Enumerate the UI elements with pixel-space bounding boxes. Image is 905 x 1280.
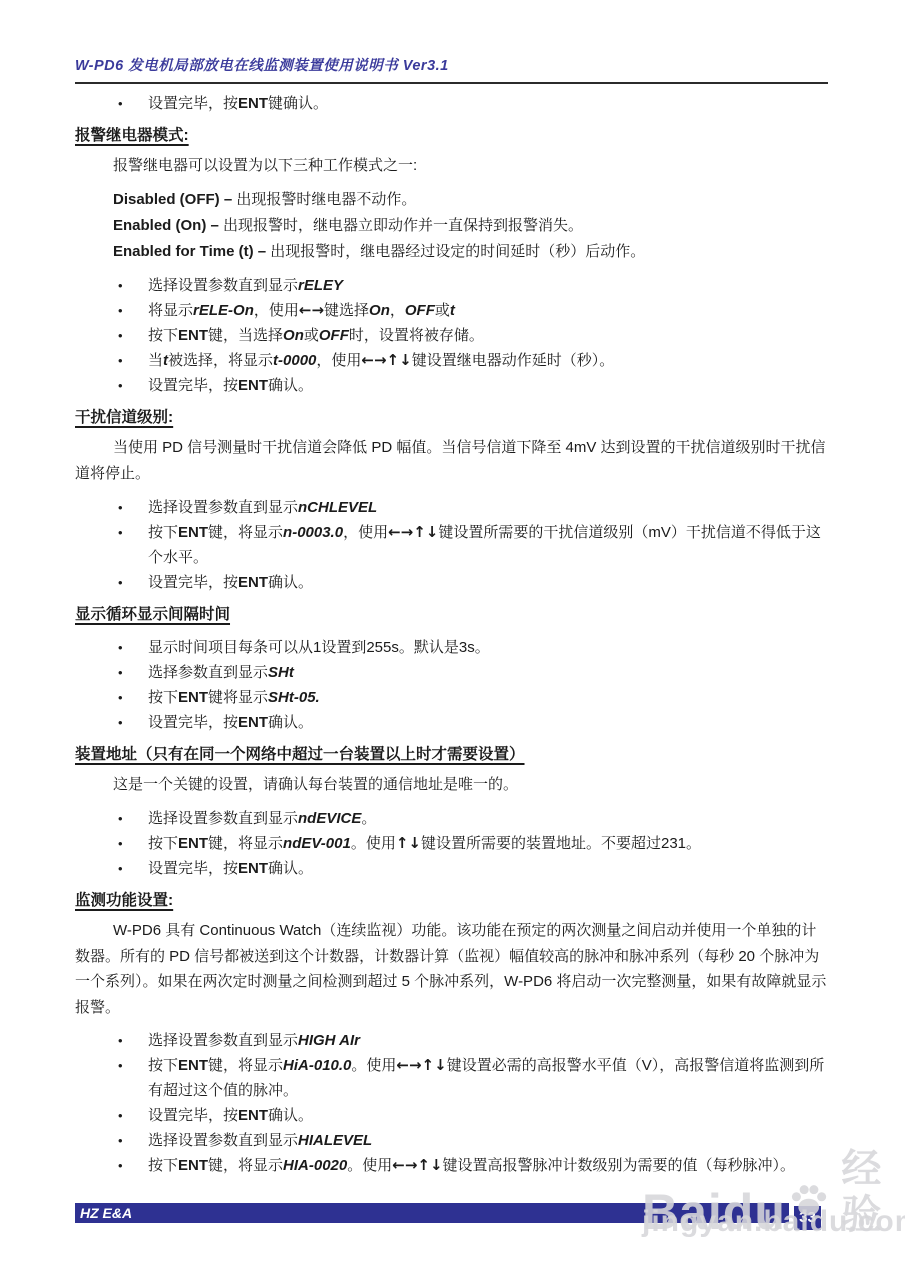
list-item-text: 选择设置参数直到显示HIGH AIr (148, 1028, 828, 1053)
list-item-text: 设置完毕，按ENT确认。 (148, 570, 828, 595)
text-segment: 选择设置参数直到显示 (148, 810, 298, 827)
bullet-marker: • (118, 660, 148, 685)
text-segment: HIA-0020 (283, 1157, 347, 1174)
list-item-text: 设置完毕，按ENT键确认。 (148, 91, 828, 116)
text-segment: 被选择，将显示 (168, 352, 273, 369)
text-segment: 或 (304, 327, 319, 344)
text-segment: ，使用 (316, 352, 361, 369)
text-segment: 。使用 (351, 1057, 396, 1074)
text-segment: 按下 (148, 835, 178, 852)
bullet-list: •显示时间项目每条可以从1设置到255s。默认是3s。 •选择参数直到显示SHt… (75, 635, 828, 735)
text-segment: 确认。 (268, 377, 313, 394)
text-segment: ，使用 (343, 524, 388, 541)
text-segment: ↑↓ (396, 834, 421, 852)
text-segment: 键设置继电器动作延时（秒）。 (412, 352, 615, 369)
text-segment: HIGH AIr (298, 1032, 360, 1049)
text-segment: rELEY (298, 277, 343, 294)
list-item-text: 设置完毕，按ENT确认。 (148, 710, 828, 735)
text-segment: 按下 (148, 524, 178, 541)
list-item: •设置完毕，按ENT确认。 (75, 1103, 828, 1128)
bullet-marker: • (118, 710, 148, 735)
list-item: •按下ENT键，将显示ndEV-001。使用↑↓键设置所需要的装置地址。不要超过… (75, 831, 828, 856)
bullet-marker: • (118, 856, 148, 881)
list-item-text: 显示时间项目每条可以从1设置到255s。默认是3s。 (148, 635, 828, 660)
text-segment: ←→↑↓ (396, 1056, 446, 1074)
text-segment: 按下 (148, 1157, 178, 1174)
mode-line: Enabled (On) – 出现报警时，继电器立即动作并一直保持到报警消失。 (113, 213, 828, 239)
list-item: •将显示rELE-On，使用←→键选择On，OFF或t (75, 298, 828, 323)
text-segment: 设置完毕，按 (148, 714, 238, 731)
list-item: •当t被选择，将显示t-0000，使用←→↑↓键设置继电器动作延时（秒）。 (75, 348, 828, 373)
bullet-marker: • (118, 570, 148, 595)
bullet-marker: • (118, 373, 148, 398)
text-segment: OFF (319, 327, 349, 344)
text-segment: 显示时间项目每条可以从1设置到255s。默认是3s。 (148, 639, 490, 656)
list-item: •选择参数直到显示SHt (75, 660, 828, 685)
bullet-marker: • (118, 298, 148, 323)
list-item-text: 按下ENT键将显示SHt-05. (148, 685, 828, 710)
list-item: •选择设置参数直到显示rELEY (75, 273, 828, 298)
section-device-address: 装置地址（只有在同一个网络中超过一台装置以上时才需要设置） 这是一个关键的设置，… (75, 743, 828, 881)
text-segment: Enabled (On) – (113, 217, 223, 234)
list-item: •选择设置参数直到显示ndEVICE。 (75, 806, 828, 831)
bullet-list: •选择设置参数直到显示ndEVICE。 •按下ENT键，将显示ndEV-001。… (75, 806, 828, 881)
text-segment: 键将显示 (208, 689, 268, 706)
text-segment: t (450, 302, 455, 319)
list-item: •按下ENT键将显示SHt-05. (75, 685, 828, 710)
text-segment: ENT (238, 574, 268, 591)
bullet-marker: • (118, 323, 148, 348)
mode-list: Disabled (OFF) – 出现报警时继电器不动作。 Enabled (O… (75, 187, 828, 265)
list-item: •按下ENT键，将显示n-0003.0，使用←→↑↓键设置所需要的干扰信道级别（… (75, 520, 828, 570)
text-segment: ←→ (299, 301, 324, 319)
page-content: W-PD6 发电机局部放电在线监测装置使用说明书 Ver3.1 • 设置完毕，按… (75, 56, 828, 1178)
list-item-text: 设置完毕，按ENT确认。 (148, 373, 828, 398)
list-item: •设置完毕，按ENT确认。 (75, 373, 828, 398)
bullet-marker: • (118, 520, 148, 570)
list-item: • 设置完毕，按ENT键确认。 (75, 91, 828, 116)
text-segment: 选择参数直到显示 (148, 664, 268, 681)
text-segment: Disabled (OFF) – (113, 191, 236, 208)
text-segment: SHt-05. (268, 689, 320, 706)
header-divider (75, 82, 828, 84)
text-segment: 。 (361, 810, 376, 827)
text-segment: 确认。 (268, 714, 313, 731)
section-paragraph: 报警继电器可以设置为以下三种工作模式之一: (75, 153, 828, 179)
text-segment: 选择设置参数直到显示 (148, 277, 298, 294)
text-segment: 键，将显示 (208, 835, 283, 852)
section-heading: 干扰信道级别: (75, 406, 828, 430)
text-segment: ←→↑↓ (388, 523, 438, 541)
text-segment: 出现报警时，继电器经过设定的时间延时（秒）后动作。 (270, 243, 645, 260)
page-header-title: W-PD6 发电机局部放电在线监测装置使用说明书 Ver3.1 (75, 56, 828, 76)
text-segment: 确认。 (268, 574, 313, 591)
text-segment: 当 (148, 352, 163, 369)
text-segment: ←→↑↓ (361, 351, 411, 369)
watermark-url: jingyan.baidu.com (642, 1205, 905, 1239)
list-item-text: 选择设置参数直到显示rELEY (148, 273, 828, 298)
text-segment: 设置完毕，按 (148, 377, 238, 394)
text-segment: 设置完毕，按 (148, 1107, 238, 1124)
text-segment: 键选择 (324, 302, 369, 319)
text-segment: ENT (178, 327, 208, 344)
section-noise-channel: 干扰信道级别: 当使用 PD 信号测量时干扰信道会降低 PD 幅值。当信号信道下… (75, 406, 828, 595)
text-segment: 按下 (148, 1057, 178, 1074)
mode-line: Enabled for Time (t) – 出现报警时，继电器经过设定的时间延… (113, 239, 828, 265)
mode-line: Disabled (OFF) – 出现报警时继电器不动作。 (113, 187, 828, 213)
text-segment: 设置完毕，按 (148, 860, 238, 877)
text-segment: ENT (178, 524, 208, 541)
text-segment: 将显示 (148, 302, 193, 319)
text-segment: On (369, 302, 390, 319)
section-paragraph: W-PD6 具有 Continuous Watch（连续监视）功能。该功能在预定… (75, 918, 828, 1020)
text-segment: 出现报警时继电器不动作。 (236, 191, 416, 208)
section-heading: 报警继电器模式: (75, 124, 828, 148)
list-item: •按下ENT键，当选择On或OFF时，设置将被存储。 (75, 323, 828, 348)
section-paragraph: 这是一个关键的设置，请确认每台装置的通信地址是唯一的。 (75, 772, 828, 798)
text-segment: ，使用 (254, 302, 299, 319)
bullet-marker: • (118, 685, 148, 710)
text-segment: 确认。 (268, 860, 313, 877)
text-segment: HIALEVEL (298, 1132, 372, 1149)
list-item: •按下ENT键，将显示HiA-010.0。使用←→↑↓键设置必需的高报警水平值（… (75, 1053, 828, 1103)
text-segment: ENT (178, 1157, 208, 1174)
list-item-text: 选择设置参数直到显示ndEVICE。 (148, 806, 828, 831)
text-segment: 确认。 (268, 1107, 313, 1124)
text-segment: HiA-010.0 (283, 1057, 351, 1074)
manual-page: W-PD6 发电机局部放电在线监测装置使用说明书 Ver3.1 • 设置完毕，按… (0, 0, 905, 1280)
list-item-text: 当t被选择，将显示t-0000，使用←→↑↓键设置继电器动作延时（秒）。 (148, 348, 828, 373)
bullet-marker: • (118, 1153, 148, 1178)
list-item: •设置完毕，按ENT确认。 (75, 570, 828, 595)
text-segment: 。使用 (351, 835, 396, 852)
text-segment: ENT (238, 714, 268, 731)
text-segment: 键确认。 (268, 95, 328, 112)
bullet-marker: • (118, 348, 148, 373)
text-segment: ENT (238, 1107, 268, 1124)
text-segment: 键，当选择 (208, 327, 283, 344)
list-item: •选择设置参数直到显示HIGH AIr (75, 1028, 828, 1053)
text-segment: 按下 (148, 327, 178, 344)
text-segment: nCHLEVEL (298, 499, 377, 516)
section-heading: 装置地址（只有在同一个网络中超过一台装置以上时才需要设置） (75, 743, 828, 767)
list-item-text: 设置完毕，按ENT确认。 (148, 856, 828, 881)
text-segment: ←→↑↓ (392, 1156, 442, 1174)
text-segment: 设置完毕，按 (148, 574, 238, 591)
text-segment: ， (390, 302, 405, 319)
text-segment: ENT (178, 835, 208, 852)
section-heading: 监测功能设置: (75, 889, 828, 913)
bullet-marker: • (118, 1103, 148, 1128)
text-segment: 设置完毕，按 (148, 95, 238, 112)
section-display-cycle: 显示循环显示间隔时间 •显示时间项目每条可以从1设置到255s。默认是3s。 •… (75, 603, 828, 735)
text-segment: On (283, 327, 304, 344)
bullet-marker: • (118, 1028, 148, 1053)
bullet-marker: • (118, 1128, 148, 1153)
text-segment: rELE-On (193, 302, 254, 319)
bullet-list: •选择设置参数直到显示nCHLEVEL •按下ENT键，将显示n-0003.0，… (75, 495, 828, 595)
section-alarm-relay: 报警继电器模式: 报警继电器可以设置为以下三种工作模式之一: Disabled … (75, 124, 828, 398)
text-segment: 时，设置将被存储。 (349, 327, 484, 344)
text-segment: 选择设置参数直到显示 (148, 1132, 298, 1149)
bullet-marker: • (118, 273, 148, 298)
text-segment: OFF (405, 302, 435, 319)
text-segment: t-0000 (273, 352, 316, 369)
bullet-marker: • (118, 806, 148, 831)
list-item-text: 将显示rELE-On，使用←→键选择On，OFF或t (148, 298, 828, 323)
bullet-marker: • (118, 831, 148, 856)
text-segment: 键设置所需要的装置地址。不要超过231。 (421, 835, 701, 852)
bullet-marker: • (118, 635, 148, 660)
text-segment: 键，将显示 (208, 1157, 283, 1174)
bullet-list: •选择设置参数直到显示rELEY •将显示rELE-On，使用←→键选择On，O… (75, 273, 828, 398)
text-segment: ENT (178, 689, 208, 706)
list-item-text: 按下ENT键，将显示ndEV-001。使用↑↓键设置所需要的装置地址。不要超过2… (148, 831, 828, 856)
text-segment: ENT (238, 95, 268, 112)
bullet-marker: • (118, 91, 148, 116)
text-segment: Enabled for Time (t) – (113, 243, 270, 260)
text-segment: 出现报警时，继电器立即动作并一直保持到报警消失。 (223, 217, 583, 234)
text-segment: ENT (238, 860, 268, 877)
section-watch-function: 监测功能设置: W-PD6 具有 Continuous Watch（连续监视）功… (75, 889, 828, 1178)
section-paragraph: 当使用 PD 信号测量时干扰信道会降低 PD 幅值。当信号信道下降至 4mV 达… (75, 435, 828, 487)
section-heading: 显示循环显示间隔时间 (75, 603, 828, 627)
text-segment: ndEV-001 (283, 835, 351, 852)
list-item-text: 选择设置参数直到显示nCHLEVEL (148, 495, 828, 520)
list-item: •显示时间项目每条可以从1设置到255s。默认是3s。 (75, 635, 828, 660)
text-segment: ENT (238, 377, 268, 394)
text-segment: SHt (268, 664, 294, 681)
list-item-text: 设置完毕，按ENT确认。 (148, 1103, 828, 1128)
text-segment: 或 (435, 302, 450, 319)
text-segment: 键，将显示 (208, 524, 283, 541)
text-segment: 按下 (148, 689, 178, 706)
list-item: •设置完毕，按ENT确认。 (75, 856, 828, 881)
text-segment: 选择设置参数直到显示 (148, 499, 298, 516)
bullet-marker: • (118, 495, 148, 520)
list-item-text: 按下ENT键，当选择On或OFF时，设置将被存储。 (148, 323, 828, 348)
text-segment: 选择设置参数直到显示 (148, 1032, 298, 1049)
text-segment: ndEVICE (298, 810, 361, 827)
list-item-text: 按下ENT键，将显示HiA-010.0。使用←→↑↓键设置必需的高报警水平值（V… (148, 1053, 828, 1103)
list-item: •选择设置参数直到显示nCHLEVEL (75, 495, 828, 520)
text-segment: ENT (178, 1057, 208, 1074)
list-item: •设置完毕，按ENT确认。 (75, 710, 828, 735)
list-item-text: 选择参数直到显示SHt (148, 660, 828, 685)
text-segment: 键，将显示 (208, 1057, 283, 1074)
text-segment: n-0003.0 (283, 524, 343, 541)
list-item-text: 按下ENT键，将显示n-0003.0，使用←→↑↓键设置所需要的干扰信道级别（m… (148, 520, 828, 570)
text-segment: 。使用 (347, 1157, 392, 1174)
bullet-marker: • (118, 1053, 148, 1103)
